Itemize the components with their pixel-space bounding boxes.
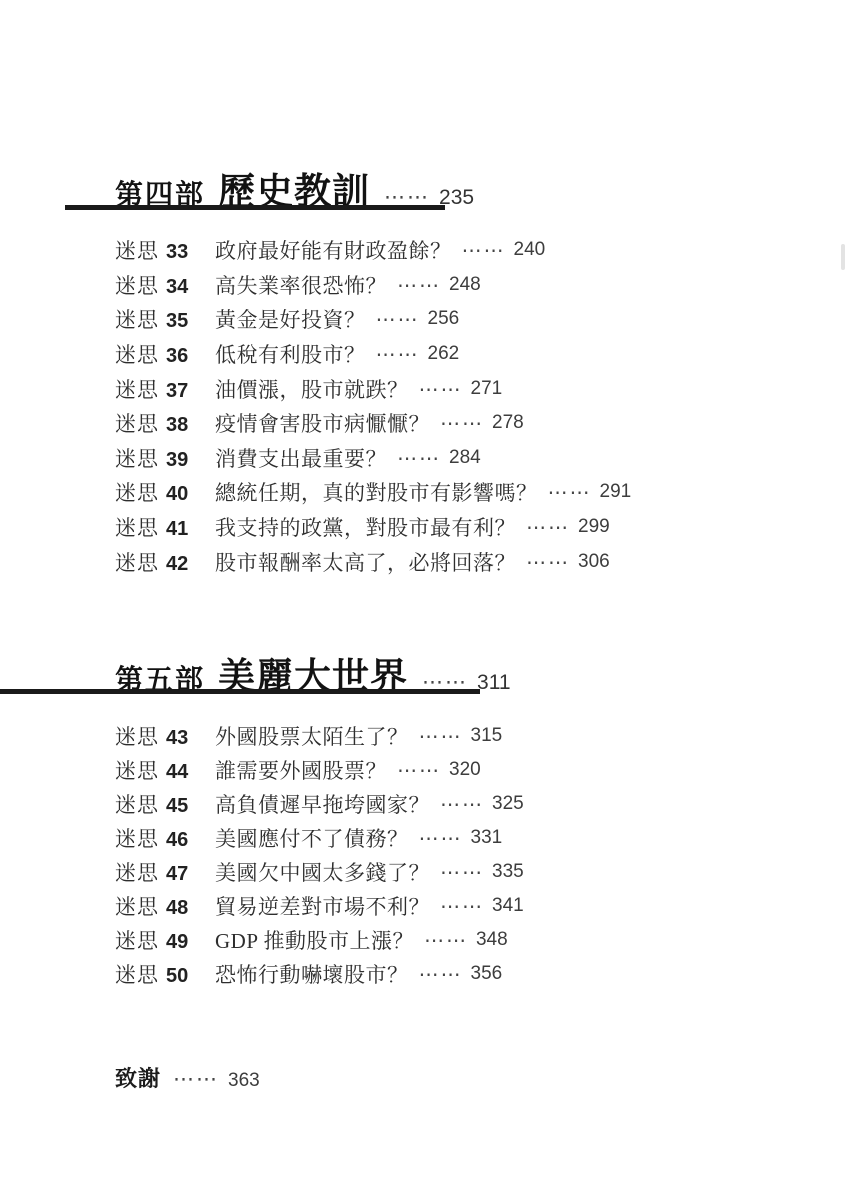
dot-leader: ⋯⋯ xyxy=(526,550,570,574)
myth-label: 迷思 xyxy=(115,477,159,507)
myth-id: 迷思41 xyxy=(115,512,215,542)
myth-id: 迷思42 xyxy=(115,547,215,577)
myth-label: 迷思 xyxy=(115,339,159,369)
myth-label: 迷思 xyxy=(115,304,159,334)
entry-title: 恐怖行動嚇壞股市？ xyxy=(215,959,409,989)
entry-page-number: 256 xyxy=(428,308,460,330)
entry-title: 美國應付不了債務？ xyxy=(215,823,409,853)
myth-number: 38 xyxy=(166,414,188,437)
myth-number: 39 xyxy=(166,449,188,472)
toc-entry: 迷思40 總統任期，真的對股市有影響嗎？ ⋯⋯ 291 xyxy=(115,475,631,510)
entry-title: 總統任期，真的對股市有影響嗎？ xyxy=(215,477,538,507)
myth-number: 49 xyxy=(166,931,188,954)
myth-label: 迷思 xyxy=(115,823,159,853)
myth-label: 迷思 xyxy=(115,547,159,577)
myth-label: 迷思 xyxy=(115,512,159,542)
myth-id: 迷思34 xyxy=(115,270,215,300)
entry-title: GDP 推動股市上漲？ xyxy=(215,925,414,955)
myth-id: 迷思50 xyxy=(115,959,215,989)
toc-entry: 迷思37 油價漲，股市就跌？ ⋯⋯ 271 xyxy=(115,371,631,406)
dot-leader: ⋯⋯ xyxy=(397,273,441,297)
myth-label: 迷思 xyxy=(115,959,159,989)
dot-leader: ⋯⋯ xyxy=(397,758,441,782)
myth-number: 40 xyxy=(166,483,188,506)
entry-title: 政府最好能有財政盈餘？ xyxy=(215,235,452,265)
myth-label: 迷思 xyxy=(115,755,159,785)
acknowledgments-entry: 致謝 ⋯⋯ 363 xyxy=(115,1062,260,1093)
entry-page-number: 315 xyxy=(471,725,503,747)
toc-entry: 迷思36 低稅有利股市？ ⋯⋯ 262 xyxy=(115,337,631,372)
scan-artifact xyxy=(841,244,845,270)
entry-title: 黃金是好投資？ xyxy=(215,304,366,334)
dot-leader: ⋯⋯ xyxy=(419,377,463,401)
myth-number: 34 xyxy=(166,276,188,299)
toc-entry: 迷思38 疫情會害股市病懨懨？ ⋯⋯ 278 xyxy=(115,406,631,441)
part-5-rule xyxy=(0,689,480,694)
myth-number: 45 xyxy=(166,795,188,818)
myth-label: 迷思 xyxy=(115,891,159,921)
myth-number: 43 xyxy=(166,727,188,750)
entry-title: 消費支出最重要？ xyxy=(215,443,387,473)
toc-entry: 迷思39 消費支出最重要？ ⋯⋯ 284 xyxy=(115,441,631,476)
entry-page-number: 335 xyxy=(492,861,524,883)
toc-entry: 迷思41 我支持的政黨，對股市最有利？ ⋯⋯ 299 xyxy=(115,510,631,545)
entry-page-number: 306 xyxy=(578,551,610,573)
entry-page-number: 320 xyxy=(449,759,481,781)
myth-id: 迷思36 xyxy=(115,339,215,369)
dot-leader: ⋯⋯ xyxy=(419,724,463,748)
toc-entry: 迷思48 貿易逆差對市場不利？ ⋯⋯ 341 xyxy=(115,889,524,923)
acknowledgments-label: 致謝 xyxy=(115,1062,161,1093)
toc-entry: 迷思44 誰需要外國股票？ ⋯⋯ 320 xyxy=(115,753,524,787)
myth-label: 迷思 xyxy=(115,408,159,438)
entry-page-number: 248 xyxy=(449,274,481,296)
toc-entry: 迷思49 GDP 推動股市上漲？ ⋯⋯ 348 xyxy=(115,923,524,957)
entry-title: 油價漲，股市就跌？ xyxy=(215,374,409,404)
toc-entry: 迷思33 政府最好能有財政盈餘？ ⋯⋯ 240 xyxy=(115,233,631,268)
toc-entry: 迷思47 美國欠中國太多錢了？ ⋯⋯ 335 xyxy=(115,855,524,889)
entry-page-number: 325 xyxy=(492,793,524,815)
entry-page-number: 278 xyxy=(492,412,524,434)
toc-entry: 迷思50 恐怖行動嚇壞股市？ ⋯⋯ 356 xyxy=(115,957,524,991)
dot-leader: ⋯⋯ xyxy=(376,342,420,366)
myth-id: 迷思49 xyxy=(115,925,215,955)
myth-number: 35 xyxy=(166,310,188,333)
myth-id: 迷思38 xyxy=(115,408,215,438)
myth-number: 41 xyxy=(166,518,188,541)
dot-leader: ⋯⋯ xyxy=(419,962,463,986)
entry-title: 疫情會害股市病懨懨？ xyxy=(215,408,430,438)
myth-label: 迷思 xyxy=(115,857,159,887)
entry-title: 外國股票太陌生了？ xyxy=(215,721,409,751)
myth-id: 迷思40 xyxy=(115,477,215,507)
entry-page-number: 348 xyxy=(476,929,508,951)
entry-page-number: 363 xyxy=(228,1070,260,1092)
part-page-number: 311 xyxy=(477,671,510,695)
myth-id: 迷思35 xyxy=(115,304,215,334)
entry-title: 誰需要外國股票？ xyxy=(215,755,387,785)
myth-label: 迷思 xyxy=(115,235,159,265)
entry-title: 股市報酬率太高了，必將回落？ xyxy=(215,547,516,577)
myth-label: 迷思 xyxy=(115,443,159,473)
myth-label: 迷思 xyxy=(115,925,159,955)
myth-id: 迷思48 xyxy=(115,891,215,921)
entry-page-number: 356 xyxy=(471,963,503,985)
entry-page-number: 291 xyxy=(600,481,632,503)
myth-id: 迷思37 xyxy=(115,374,215,404)
myth-id: 迷思46 xyxy=(115,823,215,853)
part-5-entries: 迷思43 外國股票太陌生了？ ⋯⋯ 315 迷思44 誰需要外國股票？ ⋯⋯ 3… xyxy=(115,719,524,991)
myth-label: 迷思 xyxy=(115,789,159,819)
entry-page-number: 262 xyxy=(428,343,460,365)
dot-leader: ⋯⋯ xyxy=(440,411,484,435)
myth-number: 33 xyxy=(166,241,188,264)
dot-leader: ⋯⋯ xyxy=(548,480,592,504)
entry-page-number: 331 xyxy=(471,827,503,849)
dot-leader: ⋯⋯ xyxy=(424,928,468,952)
entry-title: 低稅有利股市？ xyxy=(215,339,366,369)
toc-entry: 迷思46 美國應付不了債務？ ⋯⋯ 331 xyxy=(115,821,524,855)
entry-page-number: 284 xyxy=(449,447,481,469)
entry-title: 美國欠中國太多錢了？ xyxy=(215,857,430,887)
dot-leader: ⋯⋯ xyxy=(440,894,484,918)
myth-number: 48 xyxy=(166,897,188,920)
dot-leader: ⋯⋯ xyxy=(173,1067,219,1091)
myth-number: 46 xyxy=(166,829,188,852)
dot-leader: ⋯⋯ xyxy=(419,826,463,850)
myth-label: 迷思 xyxy=(115,721,159,751)
toc-entry: 迷思34 高失業率很恐怖？ ⋯⋯ 248 xyxy=(115,268,631,303)
entry-page-number: 341 xyxy=(492,895,524,917)
myth-id: 迷思39 xyxy=(115,443,215,473)
myth-id: 迷思45 xyxy=(115,789,215,819)
entry-page-number: 271 xyxy=(471,378,503,400)
myth-number: 47 xyxy=(166,863,188,886)
toc-page: 第四部 歷史教訓 ⋯⋯ 235 迷思33 政府最好能有財政盈餘？ ⋯⋯ 240 … xyxy=(0,0,845,1200)
part-4-rule xyxy=(65,205,445,210)
toc-entry: 迷思35 黃金是好投資？ ⋯⋯ 256 xyxy=(115,302,631,337)
dot-leader: ⋯⋯ xyxy=(440,792,484,816)
toc-entry: 迷思42 股市報酬率太高了，必將回落？ ⋯⋯ 306 xyxy=(115,544,631,579)
part-4-entries: 迷思33 政府最好能有財政盈餘？ ⋯⋯ 240 迷思34 高失業率很恐怖？ ⋯⋯… xyxy=(115,233,631,579)
toc-entry: 迷思43 外國股票太陌生了？ ⋯⋯ 315 xyxy=(115,719,524,753)
entry-page-number: 299 xyxy=(578,516,610,538)
myth-number: 37 xyxy=(166,380,188,403)
toc-entry: 迷思45 高負債遲早拖垮國家？ ⋯⋯ 325 xyxy=(115,787,524,821)
entry-title: 高失業率很恐怖？ xyxy=(215,270,387,300)
dot-leader: ⋯⋯ xyxy=(462,238,506,262)
entry-title: 貿易逆差對市場不利？ xyxy=(215,891,430,921)
myth-label: 迷思 xyxy=(115,374,159,404)
entry-page-number: 240 xyxy=(514,239,546,261)
dot-leader: ⋯⋯ xyxy=(440,860,484,884)
myth-id: 迷思43 xyxy=(115,721,215,751)
dot-leader: ⋯⋯ xyxy=(397,446,441,470)
entry-title: 我支持的政黨，對股市最有利？ xyxy=(215,512,516,542)
myth-number: 44 xyxy=(166,761,188,784)
myth-id: 迷思44 xyxy=(115,755,215,785)
entry-title: 高負債遲早拖垮國家？ xyxy=(215,789,430,819)
myth-id: 迷思47 xyxy=(115,857,215,887)
myth-number: 42 xyxy=(166,553,188,576)
myth-number: 36 xyxy=(166,345,188,368)
myth-label: 迷思 xyxy=(115,270,159,300)
myth-number: 50 xyxy=(166,965,188,988)
dot-leader: ⋯⋯ xyxy=(526,515,570,539)
dot-leader: ⋯⋯ xyxy=(376,307,420,331)
myth-id: 迷思33 xyxy=(115,235,215,265)
